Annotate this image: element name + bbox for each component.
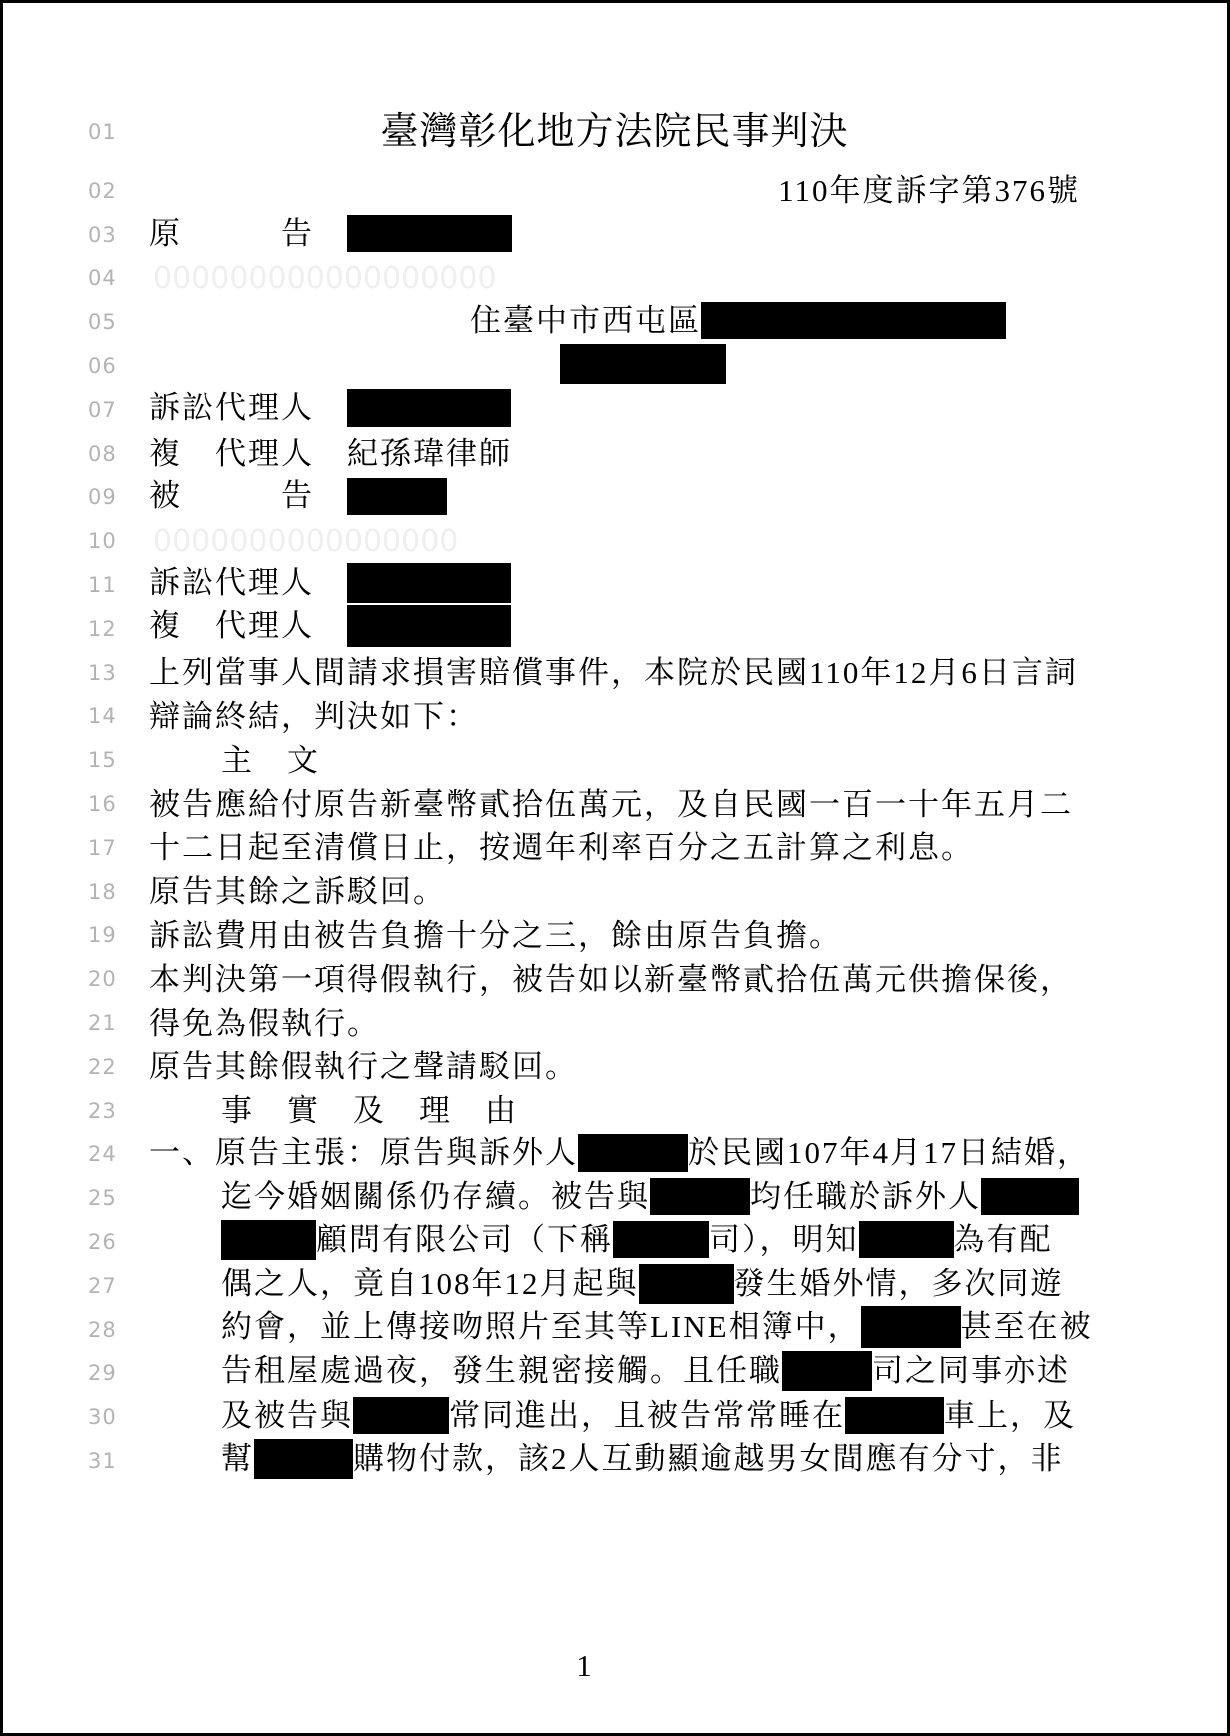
document-line: 06 [3, 344, 1227, 388]
line-text-segment: 發生婚外情，多次同遊 [734, 1266, 1064, 1301]
document-line: 23事 實 及 理 由 [3, 1089, 1227, 1133]
document-line: 31幫購物付款，該2人互動顯逾越男女間應有分寸，非 [3, 1439, 1227, 1483]
document-line: 29告租屋處過夜，發生親密接觸。且任職司之同事亦述 [3, 1352, 1227, 1396]
line-content: 本判決第一項得假執行，被告如以新臺幣貳拾伍萬元供擔保後， [149, 964, 1080, 995]
line-content: 顧問有限公司（下稱司），明知為有配 [149, 1224, 1080, 1260]
document-line: 14辯論終結，判決如下： [3, 695, 1227, 739]
line-number: 10 [88, 529, 149, 553]
line-content: 被 告 [149, 480, 1080, 514]
line-number: 12 [88, 617, 149, 641]
document-line: 26顧問有限公司（下稱司），明知為有配 [3, 1220, 1227, 1264]
redaction-box [782, 1351, 872, 1391]
line-number: 06 [88, 354, 149, 378]
line-content: 上列當事人間請求損害賠償事件，本院於民國110年12月6日言詞 [149, 657, 1080, 688]
redaction-box [560, 344, 726, 384]
line-number: 23 [88, 1099, 149, 1123]
line-text-segment: 為有配 [954, 1222, 1053, 1257]
line-text-segment: 十二日起至清償日止，按週年利率百分之五計算之利息。 [149, 830, 974, 865]
line-text-segment: 辯論終結，判決如下： [149, 699, 479, 734]
line-content: 事 實 及 理 由 [149, 1095, 1080, 1126]
line-number: 27 [88, 1274, 149, 1298]
line-text-segment: 110年度訴字第376號 [778, 173, 1080, 208]
document-line: 17十二日起至清償日止，按週年利率百分之五計算之利息。 [3, 826, 1227, 870]
document-line: 11訴訟代理人 [3, 563, 1227, 607]
document-line: 07訴訟代理人 [3, 388, 1227, 432]
line-number: 22 [88, 1055, 149, 1079]
line-content: 主 文 [149, 745, 1080, 776]
page-number: 1 [88, 1648, 1080, 1684]
document-line: 25迄今婚姻關係仍存續。被告與均任職於訴外人 [3, 1176, 1227, 1220]
redaction-box [639, 1264, 734, 1304]
line-content: 原告其餘假執行之聲請駁回。 [149, 1051, 1080, 1082]
line-text-segment: 原告其餘假執行之聲請駁回。 [149, 1049, 578, 1084]
line-number: 04 [88, 266, 149, 290]
document-line: 22原告其餘假執行之聲請駁回。 [3, 1045, 1227, 1089]
redaction-box [347, 605, 511, 647]
document-line: 15主 文 [3, 738, 1227, 782]
line-number: 09 [88, 485, 149, 509]
line-content: 0000000000000000 [149, 525, 1080, 557]
document-line: 08複 代理人 紀孫瑋律師 [3, 432, 1227, 476]
line-text-segment: 均任職於訴外人 [750, 1179, 981, 1214]
line-text-segment: 主 文 [221, 743, 320, 778]
line-text-segment: 被 告 [149, 478, 347, 513]
line-content: 告租屋處過夜，發生親密接觸。且任職司之同事亦述 [149, 1355, 1080, 1391]
line-number: 28 [88, 1318, 149, 1342]
line-content: 原告其餘之訴駁回。 [149, 876, 1080, 907]
line-number: 31 [88, 1449, 149, 1473]
line-number: 26 [88, 1230, 149, 1254]
document-line: 18原告其餘之訴駁回。 [3, 870, 1227, 914]
line-content: 辯論終結，判決如下： [149, 701, 1080, 732]
line-number: 16 [88, 792, 149, 816]
line-number: 07 [88, 398, 149, 422]
line-text-segment: 司之同事亦述 [872, 1353, 1070, 1388]
document-line: 04000000000000000000 [3, 257, 1227, 301]
document-line: 16被告應給付原告新臺幣貳拾伍萬元，及自民國一百一十年五月二 [3, 782, 1227, 826]
line-text-segment: 臺灣彰化地方法院民事判決 [380, 111, 848, 153]
line-text-segment: 及被告與 [221, 1398, 353, 1433]
line-text-segment: 原 告 [149, 216, 347, 251]
line-content: 訴訟代理人 [149, 392, 1080, 427]
line-text-segment: 迄今婚姻關係仍存續。被告與 [221, 1179, 650, 1214]
line-text-segment: 常同進出，且被告常常睡在 [449, 1398, 845, 1433]
line-text-segment: 幫 [221, 1441, 254, 1476]
redaction-box [981, 1178, 1079, 1215]
masked-id-zeros: 0000000000000000 [153, 524, 458, 559]
line-content: 住臺中市西屯區 [149, 305, 1080, 339]
document-line: 02110年度訴字第376號 [3, 169, 1227, 213]
line-number: 13 [88, 661, 149, 685]
line-text-segment: 告租屋處過夜，發生親密接觸。且任職 [221, 1353, 782, 1388]
line-number: 02 [88, 179, 149, 203]
line-number: 05 [88, 310, 149, 334]
line-text-segment: 司），明知 [709, 1222, 859, 1257]
line-text-segment: 偶之人，竟自108年12月起與 [221, 1266, 639, 1301]
line-content: 及被告與常同進出，且被告常常睡在車上，及 [149, 1400, 1080, 1434]
line-number: 25 [88, 1186, 149, 1210]
document-line: 27偶之人，竟自108年12月起與發生婚外情，多次同遊 [3, 1264, 1227, 1308]
line-content [149, 348, 1080, 384]
redaction-box [254, 1439, 353, 1479]
redaction-box [221, 1220, 316, 1260]
document-line: 100000000000000000 [3, 519, 1227, 563]
line-text-segment: 車上，及 [944, 1398, 1076, 1433]
line-text-segment: 被告應給付原告新臺幣貳拾伍萬元，及自民國一百一十年五月二 [149, 787, 1073, 822]
line-content: 110年度訴字第376號 [149, 175, 1080, 206]
line-text-segment: 住臺中市西屯區 [470, 303, 701, 338]
judgment-page: 01臺灣彰化地方法院民事判決02110年度訴字第376號03原 告 040000… [0, 0, 1230, 1736]
document-line: 24一、原告主張：原告與訴外人於民國107年4月17日結婚， [3, 1133, 1227, 1177]
document-line: 30及被告與常同進出，且被告常常睡在車上，及 [3, 1395, 1227, 1439]
line-number: 21 [88, 1011, 149, 1035]
line-text-segment: 原告其餘之訴駁回。 [149, 874, 446, 909]
masked-id-zeros: 000000000000000000 [153, 261, 497, 296]
line-text-segment: 複 代理人 [149, 608, 347, 643]
redaction-box [347, 389, 511, 427]
line-content: 000000000000000000 [149, 262, 1080, 294]
line-number: 03 [88, 223, 149, 247]
line-number: 30 [88, 1405, 149, 1429]
line-number: 08 [88, 442, 149, 466]
redaction-box [845, 1397, 944, 1434]
document-line: 03原 告 [3, 213, 1227, 257]
line-content: 十二日起至清償日止，按週年利率百分之五計算之利息。 [149, 832, 1080, 863]
document-line: 09被 告 [3, 476, 1227, 520]
redaction-box [613, 1221, 709, 1258]
line-content: 幫購物付款，該2人互動顯逾越男女間應有分寸，非 [149, 1443, 1080, 1479]
line-content: 原 告 [149, 218, 1080, 252]
line-content: 訴訟代理人 [149, 567, 1080, 603]
redaction-box [650, 1178, 750, 1215]
line-text-segment: 於民國107年4月17日結婚， [688, 1135, 1090, 1170]
line-number: 20 [88, 967, 149, 991]
line-number: 11 [88, 573, 149, 597]
line-content: 被告應給付原告新臺幣貳拾伍萬元，及自民國一百一十年五月二 [149, 789, 1080, 820]
line-text-segment: 訴訟代理人 [149, 390, 347, 425]
document-line: 20本判決第一項得假執行，被告如以新臺幣貳拾伍萬元供擔保後， [3, 957, 1227, 1001]
document-line: 13上列當事人間請求損害賠償事件，本院於民國110年12月6日言詞 [3, 651, 1227, 695]
line-number: 29 [88, 1361, 149, 1385]
line-text-segment: 甚至在被 [961, 1309, 1093, 1344]
line-content: 訴訟費用由被告負擔十分之三，餘由原告負擔。 [149, 920, 1080, 951]
redaction-box [347, 563, 511, 603]
line-number: 17 [88, 836, 149, 860]
line-content: 迄今婚姻關係仍存續。被告與均任職於訴外人 [149, 1181, 1080, 1215]
document-line: 19訴訟費用由被告負擔十分之三，餘由原告負擔。 [3, 914, 1227, 958]
line-text-segment: 複 代理人 紀孫瑋律師 [149, 436, 512, 471]
document-line: 21得免為假執行。 [3, 1001, 1227, 1045]
redaction-box [578, 1134, 688, 1172]
redaction-box [353, 1397, 449, 1434]
redaction-box [861, 1306, 961, 1348]
document-line: 12複 代理人 [3, 607, 1227, 651]
redaction-box [701, 302, 1006, 339]
line-text-segment: 事 實 及 理 由 [221, 1093, 518, 1128]
line-number: 19 [88, 923, 149, 947]
line-number: 24 [88, 1142, 149, 1166]
line-content: 得免為假執行。 [149, 1008, 1080, 1039]
line-content: 複 代理人 [149, 610, 1080, 647]
line-number: 14 [88, 704, 149, 728]
document-line: 01臺灣彰化地方法院民事判決 [3, 107, 1227, 157]
line-text-segment: 約會，並上傳接吻照片至其等LINE相簿中， [221, 1309, 861, 1344]
line-content: 偶之人，竟自108年12月起與發生婚外情，多次同遊 [149, 1268, 1080, 1304]
line-number: 18 [88, 880, 149, 904]
line-number: 01 [88, 120, 149, 144]
line-text-segment: 顧問有限公司（下稱 [316, 1222, 613, 1257]
line-text-segment: 本判決第一項得假執行，被告如以新臺幣貳拾伍萬元供擔保後， [149, 962, 1073, 997]
line-text-segment: 訴訟代理人 [149, 565, 347, 600]
redaction-box [347, 478, 447, 515]
document-line: 28約會，並上傳接吻照片至其等LINE相簿中，甚至在被 [3, 1308, 1227, 1352]
line-text-segment: 購物付款，該2人互動顯逾越男女間應有分寸，非 [353, 1441, 1064, 1476]
line-text-segment: 訴訟費用由被告負擔十分之三，餘由原告負擔。 [149, 918, 842, 953]
line-text-segment: 一、原告主張：原告與訴外人 [149, 1135, 578, 1170]
line-text-segment: 上列當事人間請求損害賠償事件，本院於民國110年12月6日言詞 [149, 655, 1078, 690]
line-text-segment: 得免為假執行。 [149, 1006, 380, 1041]
redaction-box [859, 1221, 954, 1258]
judgment-lines: 01臺灣彰化地方法院民事判決02110年度訴字第376號03原 告 040000… [3, 107, 1227, 1483]
redaction-box [347, 215, 512, 252]
line-content: 複 代理人 紀孫瑋律師 [149, 438, 1080, 469]
line-number: 15 [88, 748, 149, 772]
line-content: 一、原告主張：原告與訴外人於民國107年4月17日結婚， [149, 1137, 1080, 1172]
document-line: 05住臺中市西屯區 [3, 300, 1227, 344]
line-content: 約會，並上傳接吻照片至其等LINE相簿中，甚至在被 [149, 1311, 1080, 1348]
line-content: 臺灣彰化地方法院民事判決 [149, 113, 1080, 151]
